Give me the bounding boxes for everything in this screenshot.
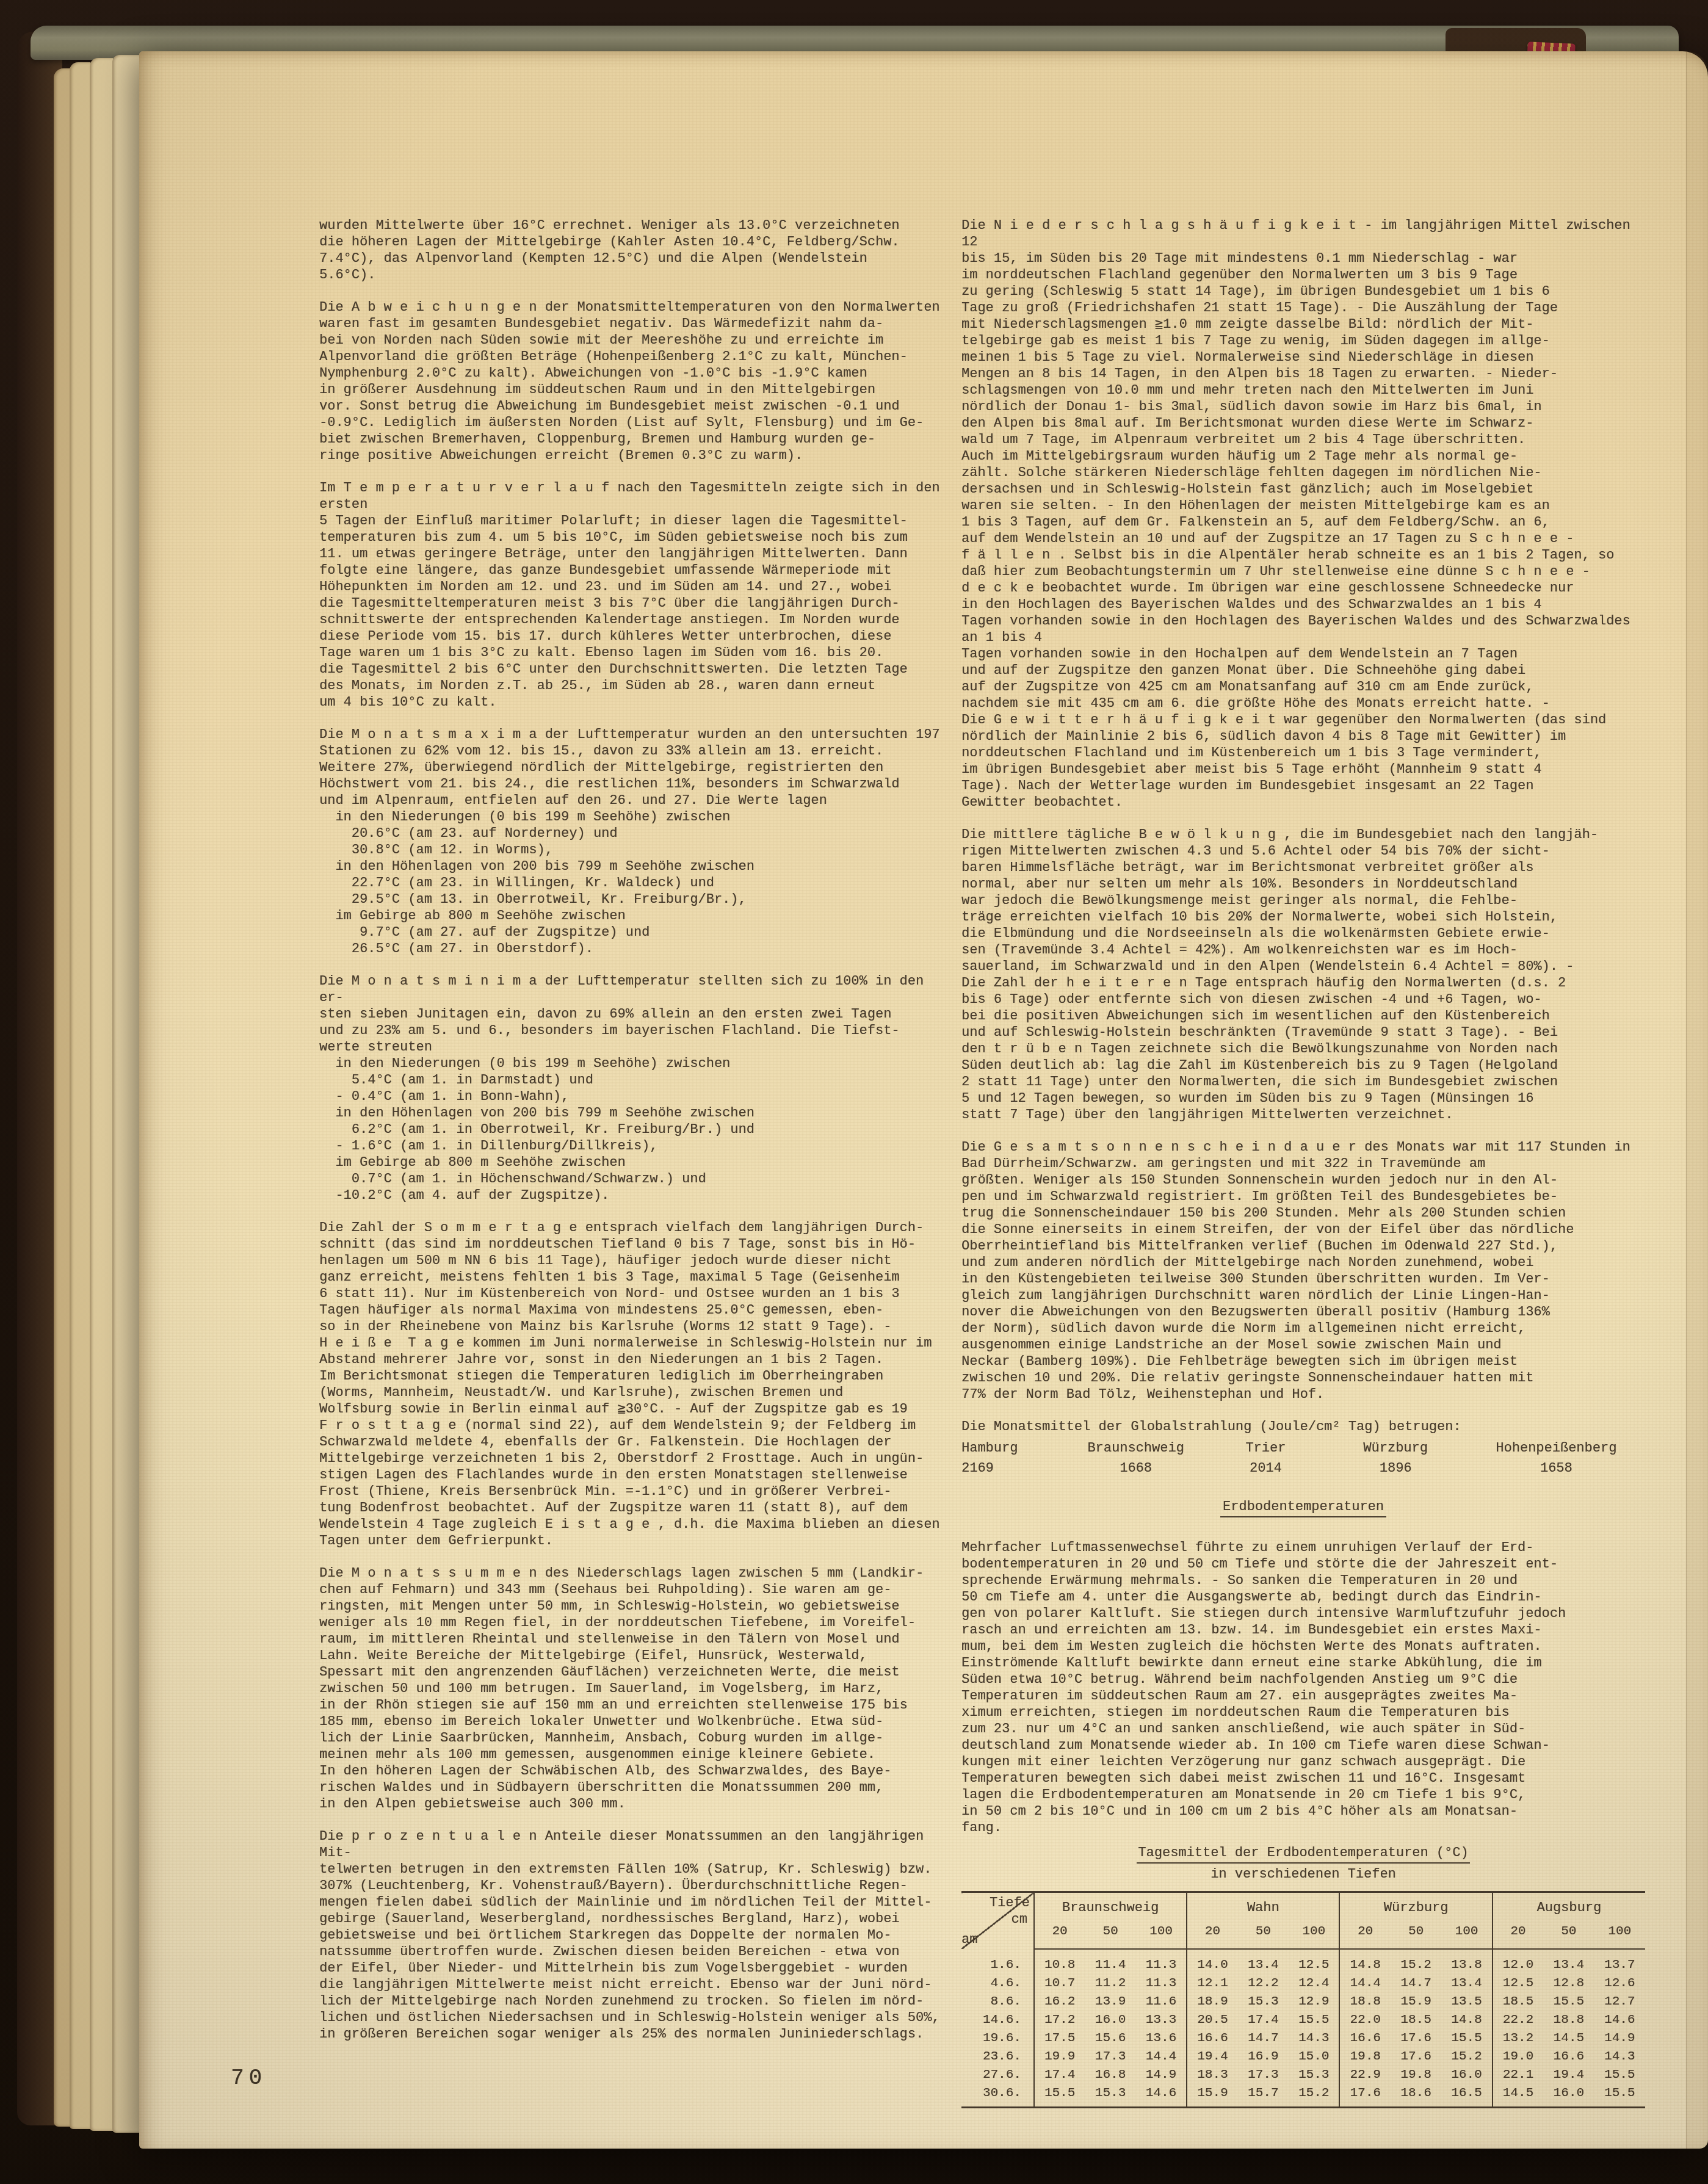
table-value-cell: 14.5: [1543, 2029, 1594, 2047]
table-value-cell: 14.8: [1339, 1949, 1390, 1974]
table-depth-header: 100: [1594, 1918, 1646, 1949]
table-value-cell: 11.3: [1136, 1974, 1187, 1992]
table-date-cell: 14.6.: [961, 2011, 1034, 2029]
page-right-edge: [1687, 51, 1708, 2149]
table-value-cell: 14.7: [1238, 2029, 1289, 2047]
table-depth-header: 20: [1034, 1918, 1085, 1949]
table-row: 14.6.17.216.013.320.517.415.522.018.514.…: [961, 2011, 1645, 2029]
table-value-cell: 10.7: [1034, 1974, 1085, 1992]
table-value-cell: 15.0: [1289, 2047, 1339, 2066]
page-number: 70: [231, 2066, 267, 2091]
table-value-cell: 13.4: [1543, 1949, 1594, 1974]
table-value-cell: 17.2: [1034, 2011, 1085, 2029]
table-value-cell: 17.5: [1034, 2029, 1085, 2047]
table-value-cell: 12.2: [1238, 1974, 1289, 1992]
table-date-cell: 23.6.: [961, 2047, 1034, 2066]
paragraph: Die A b w e i c h u n g e n der Monatsmi…: [319, 299, 946, 464]
table-depth-header: 50: [1085, 1918, 1135, 1949]
table-value-cell: 14.9: [1136, 2066, 1187, 2084]
paragraph: Die N i e d e r s c h l a g s h ä u f i …: [961, 217, 1645, 811]
table-station-header: Wahn: [1187, 1892, 1339, 1918]
table-depth-header: 20: [1339, 1918, 1390, 1949]
table-value-cell: 22.2: [1493, 2011, 1543, 2029]
soil-temperature-table: Tiefe cm am BraunschweigWahnWürzburgAugs…: [961, 1891, 1645, 2108]
table-value-cell: 14.3: [1594, 2047, 1646, 2066]
table-value-cell: 17.3: [1238, 2066, 1289, 2084]
table-value-cell: 17.6: [1391, 2047, 1441, 2066]
table-value-cell: 12.9: [1289, 1992, 1339, 2011]
paragraph: Die G e s a m t s o n n e n s c h e i n …: [961, 1139, 1645, 1403]
table-value-cell: 16.9: [1238, 2047, 1289, 2066]
table-value-cell: 15.3: [1238, 1992, 1289, 2011]
radiation-value: 1668: [1064, 1460, 1207, 1477]
table-value-cell: 14.8: [1441, 2011, 1492, 2029]
table-value-cell: 19.8: [1339, 2047, 1390, 2066]
table-value-cell: 12.8: [1543, 1974, 1594, 1992]
table-row: 4.6.10.711.211.312.112.212.414.414.713.4…: [961, 1974, 1645, 1992]
radiation-value: 2169: [961, 1460, 1064, 1477]
table-value-cell: 18.5: [1493, 1992, 1543, 2011]
right-text-column: Die N i e d e r s c h l a g s h ä u f i …: [961, 217, 1645, 2108]
page-right-edge-line: [1686, 51, 1687, 2149]
table-value-cell: 12.4: [1289, 1974, 1339, 1992]
table-value-cell: 18.6: [1391, 2084, 1441, 2108]
table-value-cell: 14.0: [1187, 1949, 1237, 1974]
page-stack-edge: [112, 55, 140, 2133]
table-value-cell: 16.2: [1034, 1992, 1085, 2011]
paragraph: Die mittlere tägliche B e w ö l k u n g …: [961, 826, 1645, 1123]
table-row: 1.6.10.811.411.314.013.412.514.815.213.8…: [961, 1949, 1645, 1974]
table-row: 23.6.19.917.314.419.416.915.019.817.615.…: [961, 2047, 1645, 2066]
paragraph: wurden Mittelwerte über 16°C errechnet. …: [319, 217, 946, 283]
table-value-cell: 11.3: [1136, 1949, 1187, 1974]
table-value-cell: 18.9: [1187, 1992, 1237, 2011]
table-value-cell: 13.7: [1594, 1949, 1646, 1974]
table-value-cell: 15.5: [1543, 1992, 1594, 2011]
table-value-cell: 11.4: [1085, 1949, 1135, 1974]
radiation-value-row: 21691668201418961658: [961, 1460, 1645, 1477]
table-value-cell: 18.8: [1543, 2011, 1594, 2029]
table-depth-header: 50: [1391, 1918, 1441, 1949]
table-value-cell: 16.0: [1543, 2084, 1594, 2108]
table-value-cell: 16.6: [1187, 2029, 1237, 2047]
right-paragraphs: Die N i e d e r s c h l a g s h ä u f i …: [961, 217, 1645, 1403]
table-value-cell: 11.6: [1136, 1992, 1187, 2011]
soil-table-title: Tagesmittel der Erdbodentemperaturen (°C…: [961, 1845, 1645, 1861]
table-value-cell: 13.8: [1441, 1949, 1492, 1974]
radiation-value: 1896: [1324, 1460, 1467, 1477]
table-value-cell: 15.5: [1594, 2084, 1646, 2108]
radiation-station: Hohenpeißenberg: [1467, 1440, 1645, 1456]
table-value-cell: 18.3: [1187, 2066, 1237, 2084]
table-date-cell: 4.6.: [961, 1974, 1034, 1992]
table-value-cell: 17.3: [1085, 2047, 1135, 2066]
table-value-cell: 14.3: [1289, 2029, 1339, 2047]
table-value-cell: 14.6: [1136, 2084, 1187, 2108]
table-value-cell: 15.5: [1441, 2029, 1492, 2047]
table-depth-header: 100: [1441, 1918, 1492, 1949]
paragraph: Im T e m p e r a t u r v e r l a u f nac…: [319, 480, 946, 711]
table-date-cell: 27.6.: [961, 2066, 1034, 2084]
table-date-cell: 30.6.: [961, 2084, 1034, 2108]
corner-label-cm: cm: [1011, 1911, 1027, 1928]
table-value-cell: 16.6: [1339, 2029, 1390, 2047]
radiation-station: Braunschweig: [1064, 1440, 1207, 1456]
paragraph: Die Zahl der S o m m e r t a g e entspra…: [319, 1220, 946, 1549]
soil-temperature-paragraph: Mehrfacher Luftmassenwechsel führte zu e…: [961, 1539, 1645, 1836]
radiation-value: 2014: [1207, 1460, 1323, 1477]
table-depth-header: 100: [1289, 1918, 1339, 1949]
table-value-cell: 22.9: [1339, 2066, 1390, 2084]
table-depth-header: 50: [1543, 1918, 1594, 1949]
table-value-cell: 19.4: [1543, 2066, 1594, 2084]
table-corner-cell: Tiefe cm am: [961, 1892, 1034, 1950]
corner-label-tiefe: Tiefe: [990, 1895, 1030, 1911]
table-depth-header: 20: [1187, 1918, 1237, 1949]
left-text-column: wurden Mittelwerte über 16°C errechnet. …: [319, 217, 946, 2058]
paragraph: Die M o n a t s s u m m e n des Niedersc…: [319, 1565, 946, 1812]
table-value-cell: 19.4: [1187, 2047, 1237, 2066]
table-value-cell: 17.4: [1034, 2066, 1085, 2084]
table-value-cell: 14.7: [1391, 1974, 1441, 1992]
table-value-cell: 13.4: [1238, 1949, 1289, 1974]
table-date-cell: 19.6.: [961, 2029, 1034, 2047]
table-value-cell: 15.2: [1289, 2084, 1339, 2108]
table-value-cell: 19.8: [1391, 2066, 1441, 2084]
radiation-value: 1658: [1467, 1460, 1645, 1477]
table-value-cell: 15.6: [1085, 2029, 1135, 2047]
table-value-cell: 15.5: [1289, 2011, 1339, 2029]
section-heading: Erdbodentemperaturen: [961, 1499, 1645, 1515]
table-value-cell: 15.2: [1441, 2047, 1492, 2066]
table-value-cell: 15.5: [1594, 2066, 1646, 2084]
page-stack-edge: [90, 58, 113, 2131]
table-row: 30.6.15.515.314.615.915.715.217.618.616.…: [961, 2084, 1645, 2108]
radiation-station: Hamburg: [961, 1440, 1064, 1456]
table-depth-header: 100: [1136, 1918, 1187, 1949]
paragraph: Die M o n a t s m i n i m a der Lufttemp…: [319, 973, 946, 1204]
table-value-cell: 13.3: [1136, 2011, 1187, 2029]
radiation-station: Trier: [1207, 1440, 1323, 1456]
table-value-cell: 10.8: [1034, 1949, 1085, 1974]
radiation-station-row: HamburgBraunschweigTrierWürzburgHohenpei…: [961, 1440, 1645, 1456]
table-row: 19.6.17.515.613.616.614.714.316.617.615.…: [961, 2029, 1645, 2047]
table-station-header: Augsburg: [1493, 1892, 1645, 1918]
table-value-cell: 16.5: [1441, 2084, 1492, 2108]
soil-table-subtitle: in verschiedenen Tiefen: [961, 1866, 1645, 1882]
table-value-cell: 12.0: [1493, 1949, 1543, 1974]
table-date-cell: 1.6.: [961, 1949, 1034, 1974]
table-value-cell: 14.4: [1339, 1974, 1390, 1992]
table-value-cell: 17.4: [1238, 2011, 1289, 2029]
table-value-cell: 22.0: [1339, 2011, 1390, 2029]
table-value-cell: 16.0: [1441, 2066, 1492, 2084]
table-value-cell: 19.9: [1034, 2047, 1085, 2066]
table-value-cell: 15.3: [1085, 2084, 1135, 2108]
table-value-cell: 16.0: [1085, 2011, 1135, 2029]
table-value-cell: 17.6: [1391, 2029, 1441, 2047]
book-photo: { "page": { "number": "70" }, "left_colu…: [0, 0, 1708, 2184]
table-value-cell: 14.4: [1136, 2047, 1187, 2066]
table-value-cell: 12.5: [1493, 1974, 1543, 1992]
table-value-cell: 13.5: [1441, 1992, 1492, 2011]
global-radiation-block: Die Monatsmittel der Globalstrahlung (Jo…: [961, 1419, 1645, 1477]
table-station-header: Braunschweig: [1034, 1892, 1187, 1918]
corner-label-am: am: [961, 1931, 977, 1948]
radiation-station: Würzburg: [1324, 1440, 1467, 1456]
table-value-cell: 15.9: [1187, 2084, 1237, 2108]
table-value-cell: 14.6: [1594, 2011, 1646, 2029]
table-value-cell: 12.7: [1594, 1992, 1646, 2011]
page-stack-edge: [54, 68, 71, 2127]
table-row: 8.6.16.213.911.618.915.312.918.815.913.5…: [961, 1992, 1645, 2011]
radiation-intro: Die Monatsmittel der Globalstrahlung (Jo…: [961, 1419, 1645, 1435]
table-value-cell: 19.0: [1493, 2047, 1543, 2066]
table-value-cell: 13.9: [1085, 1992, 1135, 2011]
table-date-cell: 8.6.: [961, 1992, 1034, 2011]
table-value-cell: 13.6: [1136, 2029, 1187, 2047]
table-row: 27.6.17.416.814.918.317.315.322.919.816.…: [961, 2066, 1645, 2084]
table-value-cell: 14.5: [1493, 2084, 1543, 2108]
table-depth-header: 50: [1238, 1918, 1289, 1949]
table-value-cell: 15.9: [1391, 1992, 1441, 2011]
table-value-cell: 20.5: [1187, 2011, 1237, 2029]
table-value-cell: 12.6: [1594, 1974, 1646, 1992]
table-value-cell: 15.3: [1289, 2066, 1339, 2084]
table-value-cell: 17.6: [1339, 2084, 1390, 2108]
table-value-cell: 16.8: [1085, 2066, 1135, 2084]
page-stack-edge: [70, 62, 90, 2129]
paragraph: Die M o n a t s m a x i m a der Lufttemp…: [319, 726, 946, 957]
table-value-cell: 15.7: [1238, 2084, 1289, 2108]
table-value-cell: 13.4: [1441, 1974, 1492, 1992]
table-value-cell: 15.5: [1034, 2084, 1085, 2108]
table-value-cell: 11.2: [1085, 1974, 1135, 1992]
table-value-cell: 12.1: [1187, 1974, 1237, 1992]
table-depth-header: 20: [1493, 1918, 1543, 1949]
table-value-cell: 13.2: [1493, 2029, 1543, 2047]
table-station-header: Würzburg: [1339, 1892, 1492, 1918]
table-value-cell: 14.9: [1594, 2029, 1646, 2047]
table-value-cell: 18.8: [1339, 1992, 1390, 2011]
table-value-cell: 12.5: [1289, 1949, 1339, 1974]
table-value-cell: 15.2: [1391, 1949, 1441, 1974]
table-value-cell: 22.1: [1493, 2066, 1543, 2084]
table-value-cell: 16.6: [1543, 2047, 1594, 2066]
table-value-cell: 18.5: [1391, 2011, 1441, 2029]
paragraph: Die p r o z e n t u a l e n Anteile dies…: [319, 1828, 946, 2042]
